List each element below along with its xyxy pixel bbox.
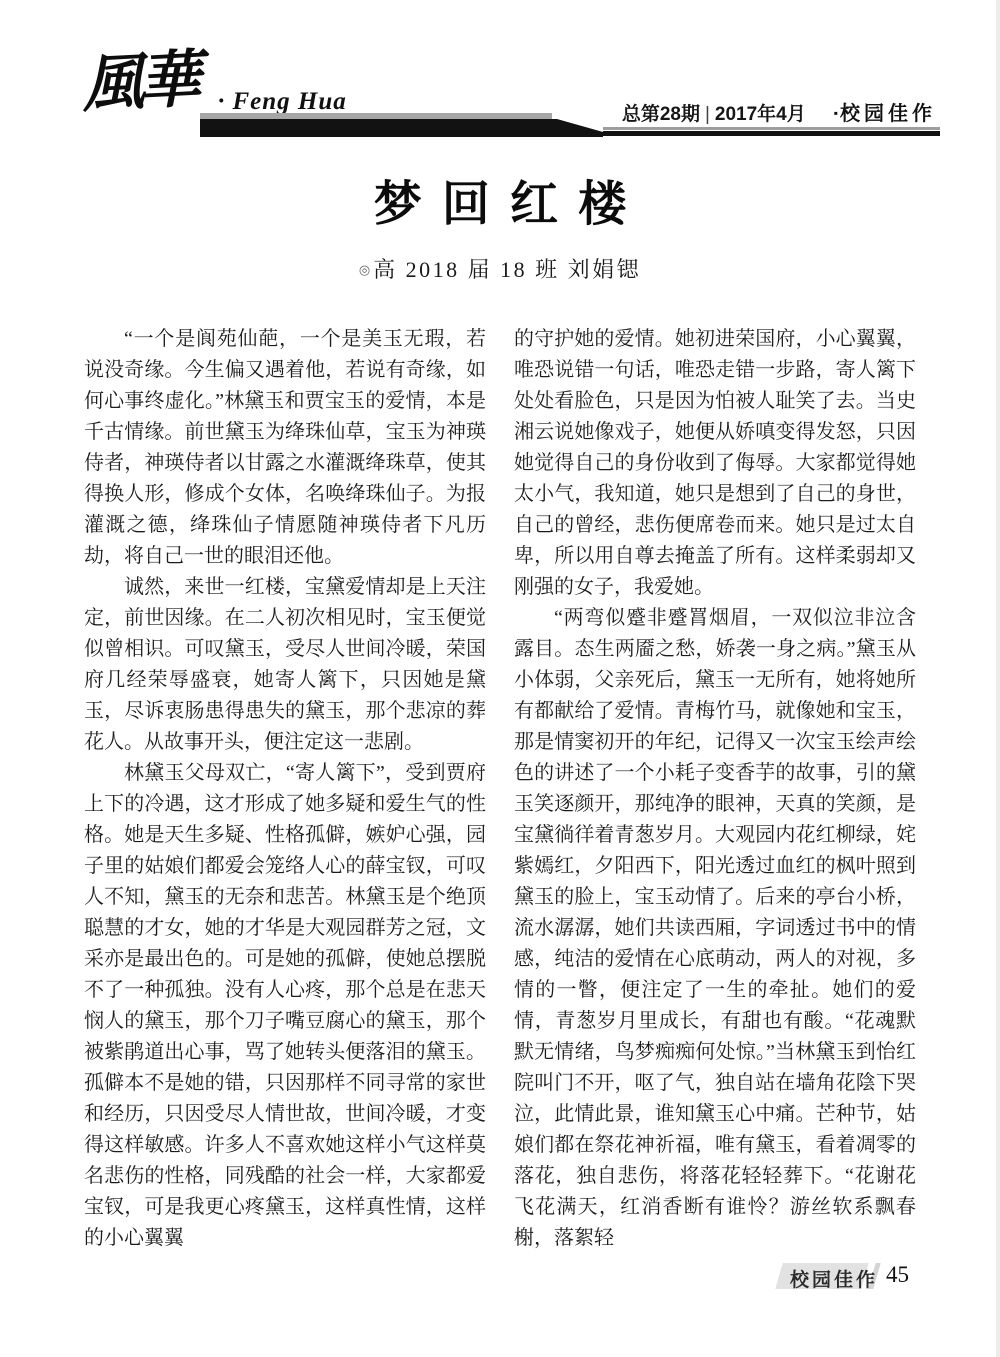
article-title: 梦回红楼 bbox=[0, 176, 1000, 234]
article-body: “一个是阆苑仙葩，一个是美玉无瑕，若说没奇缘。今生偏又遇着他，若说有奇缘，如何心… bbox=[84, 324, 916, 1254]
article-paragraph: 的守护她的爱情。她初进荣国府，小心翼翼，唯恐说错一句话，唯恐走错一步路，寄人篱下… bbox=[514, 324, 916, 603]
magazine-page: 風華 · Feng Hua 总第28期|2017年4月 ▪校园佳作 梦回红楼 ◎… bbox=[0, 0, 1000, 1357]
right-column: 的守护她的爱情。她初进荣国府，小心翼翼，唯恐说错一句话，唯恐走错一步路，寄人篱下… bbox=[514, 324, 916, 1254]
issue-divider: | bbox=[700, 104, 715, 125]
header-section-label: ▪校园佳作 bbox=[834, 97, 936, 126]
header-meta: 总第28期|2017年4月 ▪校园佳作 bbox=[622, 97, 936, 126]
article-byline: ◎高 2018 届 18 班 刘娟锶 bbox=[0, 253, 1000, 284]
article-paragraph: “两弯似蹙非蹙罥烟眉，一双似泣非泣含露目。态生两靥之愁，娇袭一身之病。”黛玉从小… bbox=[514, 603, 916, 1254]
header-gray-strip bbox=[200, 113, 552, 119]
header-rule-band bbox=[0, 0, 1000, 150]
byline-author: 高 2018 届 18 班 刘娟锶 bbox=[373, 257, 641, 282]
article-paragraph: 林黛玉父母双亡，“寄人篱下”，受到贾府上下的冷遇，这才形成了她多疑和爱生气的性格… bbox=[84, 758, 486, 1254]
square-bullet-icon: ▪ bbox=[834, 106, 838, 120]
footer-section-label: 校园佳作 bbox=[790, 1265, 878, 1292]
issue-number: 总第28期 bbox=[622, 104, 700, 125]
left-column: “一个是阆苑仙葩，一个是美玉无瑕，若说没奇缘。今生偏又遇着他，若说有奇缘，如何心… bbox=[84, 324, 486, 1254]
article-paragraph: “一个是阆苑仙葩，一个是美玉无瑕，若说没奇缘。今生偏又遇着他，若说有奇缘，如何心… bbox=[84, 324, 486, 572]
header-thin-black-rule bbox=[603, 131, 940, 136]
header-black-bar bbox=[200, 119, 603, 137]
header-section-text: 校园佳作 bbox=[840, 103, 936, 125]
issue-date: 2017年4月 bbox=[715, 104, 806, 125]
article-paragraph: 诚然，来世一红楼，宝黛爱情却是上天注定，前世因缘。在二人初次相见时，宝玉便觉似曾… bbox=[84, 572, 486, 758]
byline-marker-icon: ◎ bbox=[359, 262, 370, 277]
issue-info: 总第28期|2017年4月 bbox=[622, 99, 806, 126]
page-number: 45 bbox=[886, 1262, 909, 1288]
header-thin-gray-rule bbox=[603, 127, 940, 130]
